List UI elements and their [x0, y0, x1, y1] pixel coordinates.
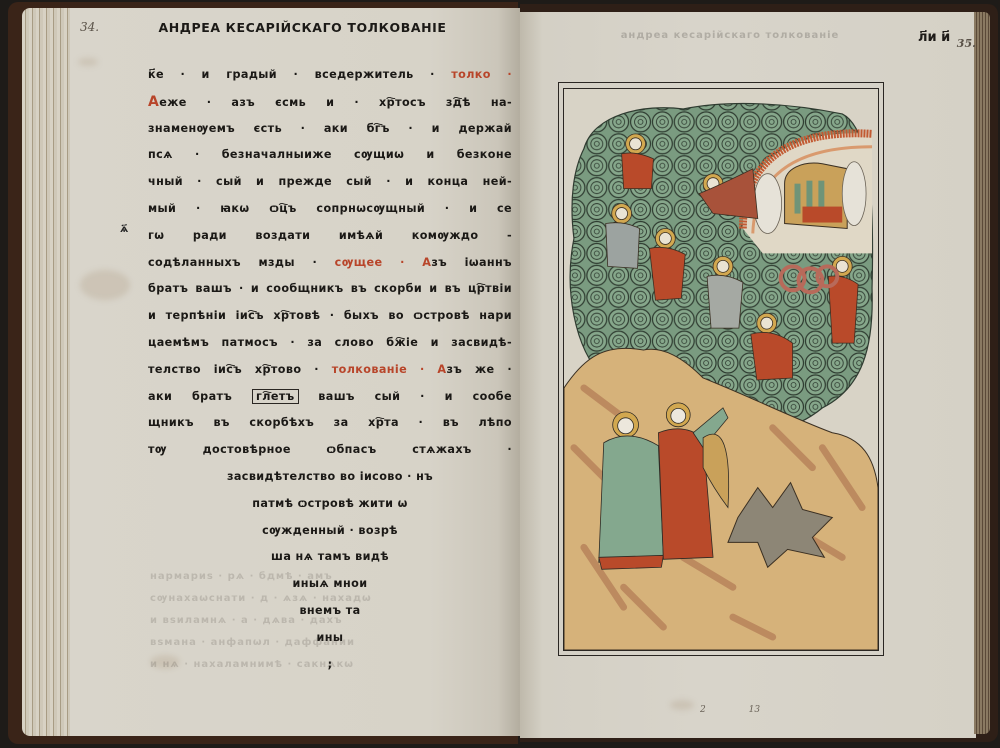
- bleed-through-line: и вѕиламнѧ · а · дѧва · дахъ: [150, 610, 505, 632]
- manuscript-line: аки братъ гл҇етъ вашъ сый · и сообе: [148, 384, 512, 411]
- line-text: патмѣ ѻстровѣ жити ѡ: [252, 497, 408, 510]
- rubric-text: толкованіе · А: [332, 363, 447, 376]
- line-text: гѡ ради воздати имѣѧй комѹждо -: [148, 229, 512, 242]
- margin-note: ѧ҃: [120, 224, 128, 235]
- line-text: вашъ сый · и сообе: [299, 390, 512, 403]
- line-text: к҃е · и градый · вседержитель ·: [148, 68, 451, 81]
- boxed-word: гл҇етъ: [252, 389, 299, 404]
- folio-signature-text: л҃и и҃: [918, 30, 950, 45]
- pencil-folio-number: 35.: [957, 37, 976, 50]
- line-text: псѧ · безначалныиже сѹщиѡ и безконе: [148, 148, 512, 161]
- line-text: засвидѣтелство во іисово · нъ: [227, 470, 433, 483]
- manuscript-line: чный · сый и прежде сый · и конца ней-: [148, 169, 512, 196]
- manuscript-line: сѹжденный · возрѣ: [148, 518, 512, 545]
- pencil-note: 2: [700, 705, 706, 715]
- rubric-text: А: [148, 94, 159, 110]
- manuscript-line: и терпѣніи іис҇ъ хр҇товѣ · быхъ во ѻстро…: [148, 303, 512, 330]
- manuscript-line: щникъ въ скорбѣхъ за хр҇та · въ лѣпо: [148, 410, 512, 437]
- line-text: ша нѧ тамъ видѣ: [271, 550, 389, 563]
- bleed-through-line: сѹнахаѡснати · д · ѧзѧ · нахадѡ: [150, 588, 505, 610]
- bleed-through-text: нармариѕ · рѧ · бдмѣ · амъсѹнахаѡснати ·…: [150, 566, 505, 676]
- line-text: щникъ въ скорбѣхъ за хр҇та · въ лѣпо: [148, 416, 512, 429]
- line-text: знаменѹемъ єсть · аки бг҇ъ · и держай: [148, 122, 512, 135]
- manuscript-line: к҃е · и градый · вседержитель · толко ·: [148, 62, 512, 89]
- miniature-illustration: [563, 88, 879, 651]
- page-edges-right: [974, 12, 990, 734]
- manuscript-line: гѡ ради воздати имѣѧй комѹждо -: [148, 223, 512, 250]
- manuscript-line: псѧ · безначалныиже сѹщиѡ и безконе: [148, 142, 512, 169]
- line-text: тѹ достовѣрное ѻбпасъ стѧжахъ ·: [148, 443, 512, 456]
- bleed-through-line: вѕмана · анфапѡл · даффании: [150, 632, 505, 654]
- bleed-through-running-head: андреа кесарійскаго толкованіе: [615, 30, 845, 41]
- stain: [670, 700, 694, 710]
- line-text: ежe · азъ єсмь и · хр҇тосъ зд҇ѣ на-: [159, 96, 512, 109]
- rubric-text: сѹщее · А: [335, 256, 432, 269]
- page-edges-left: [22, 8, 74, 736]
- manuscript-line: Аежe · азъ єсмь и · хр҇тосъ зд҇ѣ на-: [148, 89, 512, 116]
- line-text: телство іис҇ъ хр҇тово ·: [148, 363, 332, 376]
- bleed-through-line: и нѧ · нахаламнимѣ · сакнѧкѡ: [150, 654, 505, 676]
- manuscript-line: содѣланныхъ мзды · сѹщее · Азъ іѡаннъ: [148, 250, 512, 277]
- rubric-text: толко ·: [451, 68, 512, 81]
- manuscript-line: братъ вашъ · и сообщникъ въ скорби и въ …: [148, 276, 512, 303]
- manuscript-line: мый · ꙗкѡ ѻц҇ъ сопрнѡсѹщный · и се: [148, 196, 512, 223]
- folio-number-left: 34.: [80, 20, 99, 34]
- manuscript-line: патмѣ ѻстровѣ жити ѡ: [148, 491, 512, 518]
- line-text: чный · сый и прежде сый · и конца ней-: [148, 175, 512, 188]
- line-text: аки братъ: [148, 390, 252, 403]
- manuscript-line: тѹ достовѣрное ѻбпасъ стѧжахъ ·: [148, 437, 512, 464]
- manuscript-line: знаменѹемъ єсть · аки бг҇ъ · и держай: [148, 116, 512, 143]
- stain: [80, 270, 130, 300]
- line-text: цаемѣмъ патмосъ · за слово бж҇іе и засви…: [148, 336, 512, 349]
- miniature-frame: [558, 82, 884, 656]
- folio-signature: л҃и и҃ 35.: [918, 30, 974, 45]
- manuscript-line: цаемѣмъ патмосъ · за слово бж҇іе и засви…: [148, 330, 512, 357]
- bleed-through-line: нармариѕ · рѧ · бдмѣ · амъ: [150, 566, 505, 588]
- line-text: мый · ꙗкѡ ѻц҇ъ сопрнѡсѹщный · и се: [148, 202, 512, 215]
- apocalypse-miniature-icon: [564, 89, 878, 650]
- line-text: содѣланныхъ мзды ·: [148, 256, 335, 269]
- manuscript-line: телство іис҇ъ хр҇тово · толкованіе · Азъ…: [148, 357, 512, 384]
- line-text: братъ вашъ · и сообщникъ въ скорби и въ …: [148, 282, 512, 295]
- running-head: Андреа кесарійскаго толкованіе: [105, 20, 500, 35]
- line-text: зъ же ·: [447, 363, 513, 376]
- line-text: и терпѣніи іис҇ъ хр҇товѣ · быхъ во ѻстро…: [148, 309, 512, 322]
- line-text: сѹжденный · возрѣ: [262, 524, 398, 537]
- pencil-note: 13: [749, 705, 760, 715]
- line-text: зъ іѡаннъ: [431, 256, 512, 269]
- stain: [78, 58, 98, 66]
- manuscript-line: засвидѣтелство во іисово · нъ: [148, 464, 512, 491]
- pencil-notes: 2 13: [700, 705, 760, 715]
